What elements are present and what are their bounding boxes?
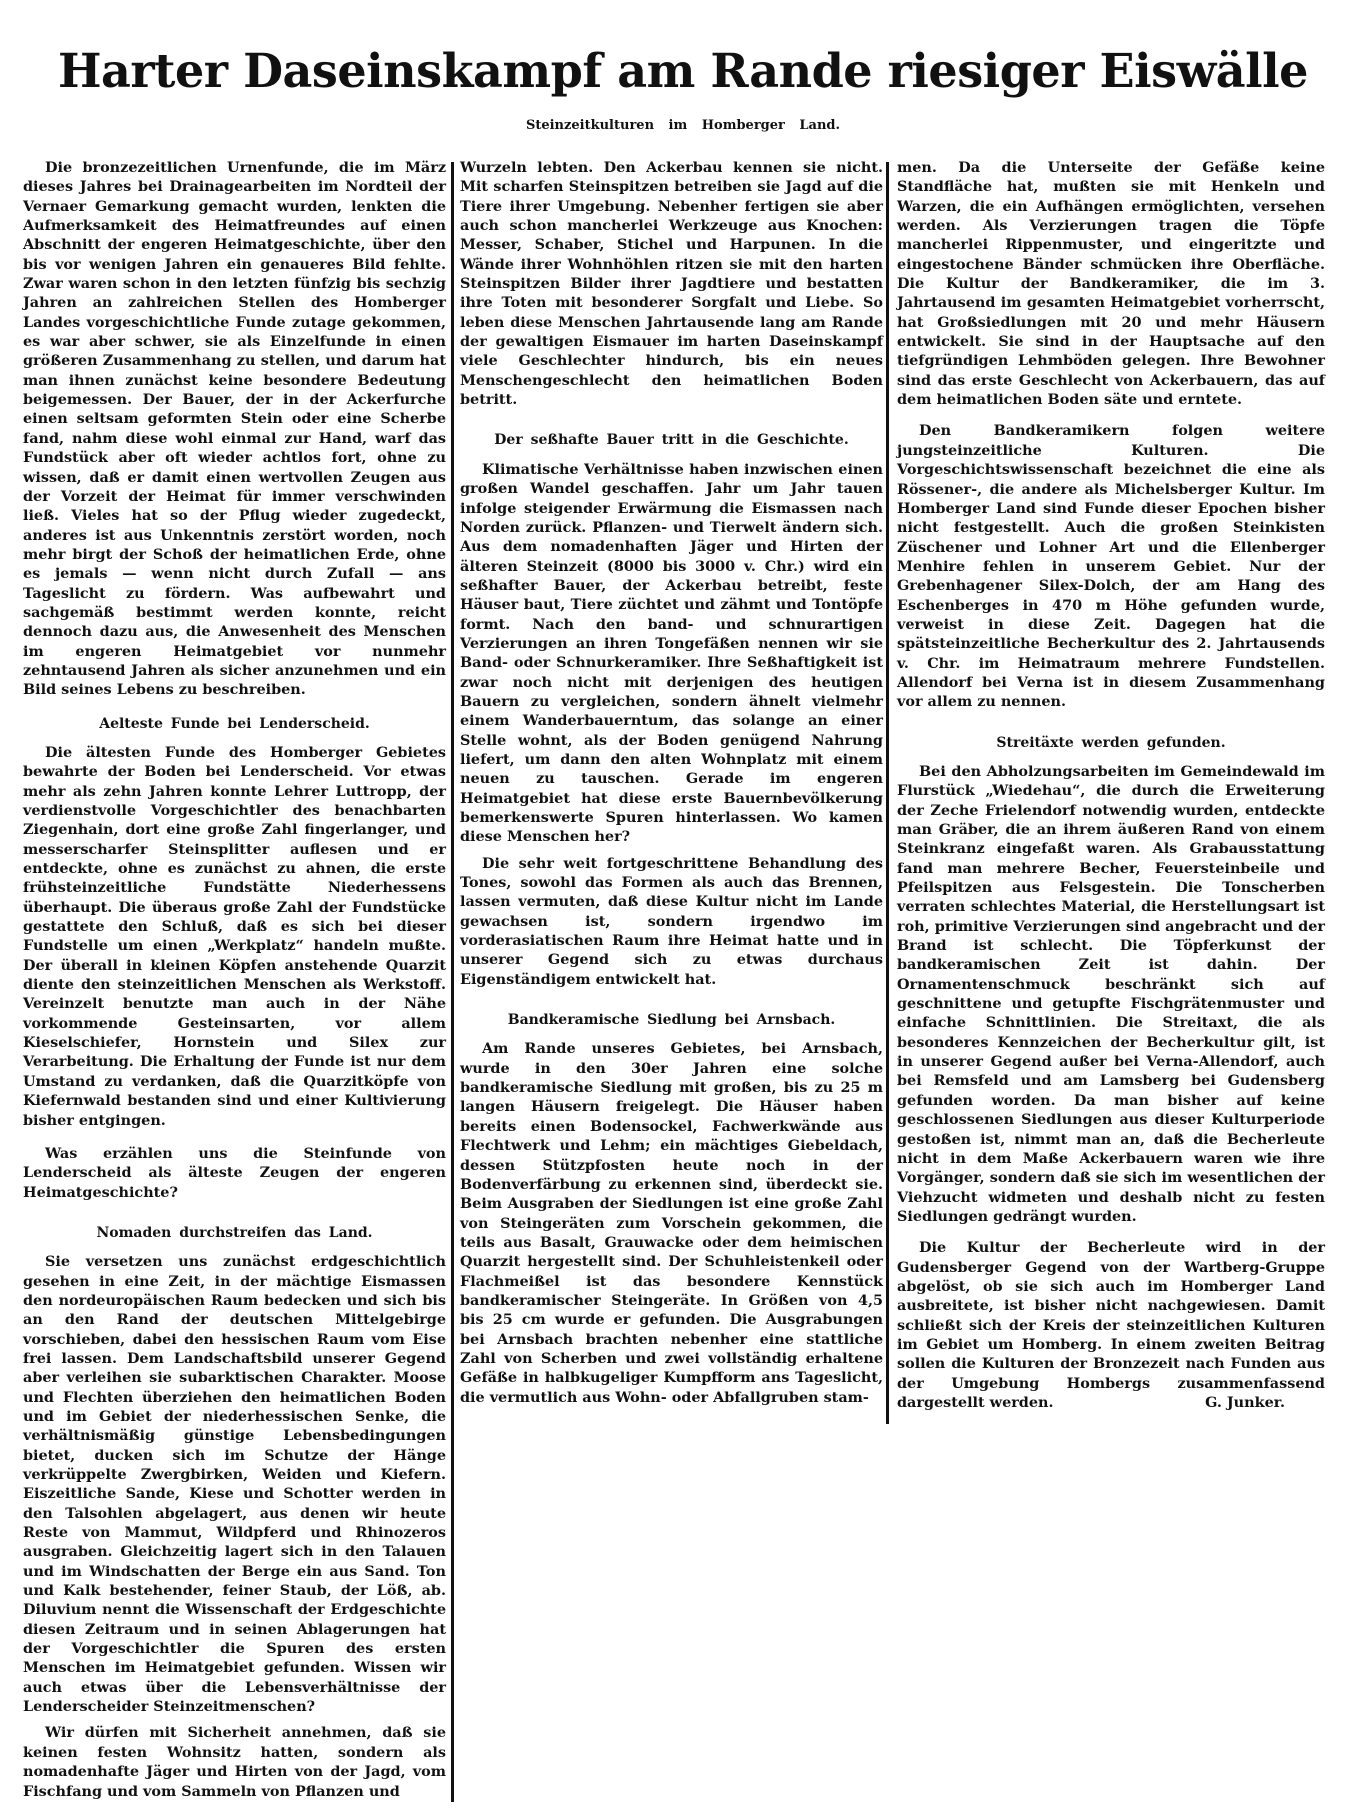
column-rule-right: [886, 162, 889, 1424]
paragraph: Die sehr weit fortgeschrittene Behandlun…: [460, 854, 883, 989]
paragraph: men. Da die Unterseite der Gefäße keine …: [897, 158, 1325, 409]
paragraph: Wir dürfen mit Sicherheit annehmen, daß …: [23, 1723, 446, 1800]
paragraph: Was erzählen uns die Steinfunde von Lend…: [23, 1144, 446, 1202]
section-heading: Nomaden durchstreifen das Land.: [23, 1224, 446, 1243]
paragraph: Den Bandkeramikern folgen weitere jungst…: [897, 421, 1325, 711]
paragraph: Die Kultur der Becherleute wird in der G…: [897, 1238, 1325, 1412]
article-subheadline: Steinzeitkulturen im Homberger Land.: [0, 118, 1366, 133]
column-rule-left: [451, 162, 454, 1802]
paragraph: Die bronzezeitlichen Urnenfunde, die im …: [23, 158, 446, 700]
paragraph: Bei den Abholzungsarbeiten im Gemeindewa…: [897, 762, 1325, 1226]
section-heading: Der seßhafte Bauer tritt in die Geschich…: [460, 431, 883, 450]
article-headline: Harter Daseinskampf am Rande riesiger Ei…: [14, 42, 1353, 102]
author-signature: G. Junker.: [1183, 1393, 1325, 1412]
section-heading: Streitäxte werden gefunden.: [897, 734, 1325, 753]
paragraph: Klimatische Verhältnisse haben inzwische…: [460, 460, 883, 847]
section-heading: Bandkeramische Siedlung bei Arnsbach.: [460, 1011, 883, 1030]
paragraph: Am Rande unseres Gebietes, bei Arnsbach,…: [460, 1039, 883, 1407]
article-column-3: men. Da die Unterseite der Gefäße keine …: [897, 158, 1325, 1412]
section-heading: Aelteste Funde bei Lenderscheid.: [23, 715, 446, 734]
paragraph: Sie versetzen uns zunächst erdgeschichtl…: [23, 1252, 446, 1716]
paragraph: Die ältesten Funde des Homberger Gebiete…: [23, 743, 446, 1130]
closing-paragraph-text: Die Kultur der Becherleute wird in der G…: [897, 1239, 1325, 1411]
paragraph: Wurzeln lebten. Den Ackerbau kennen sie …: [460, 158, 883, 409]
article-column-1: Die bronzezeitlichen Urnenfunde, die im …: [23, 158, 446, 1801]
article-column-2: Wurzeln lebten. Den Ackerbau kennen sie …: [460, 158, 883, 1407]
